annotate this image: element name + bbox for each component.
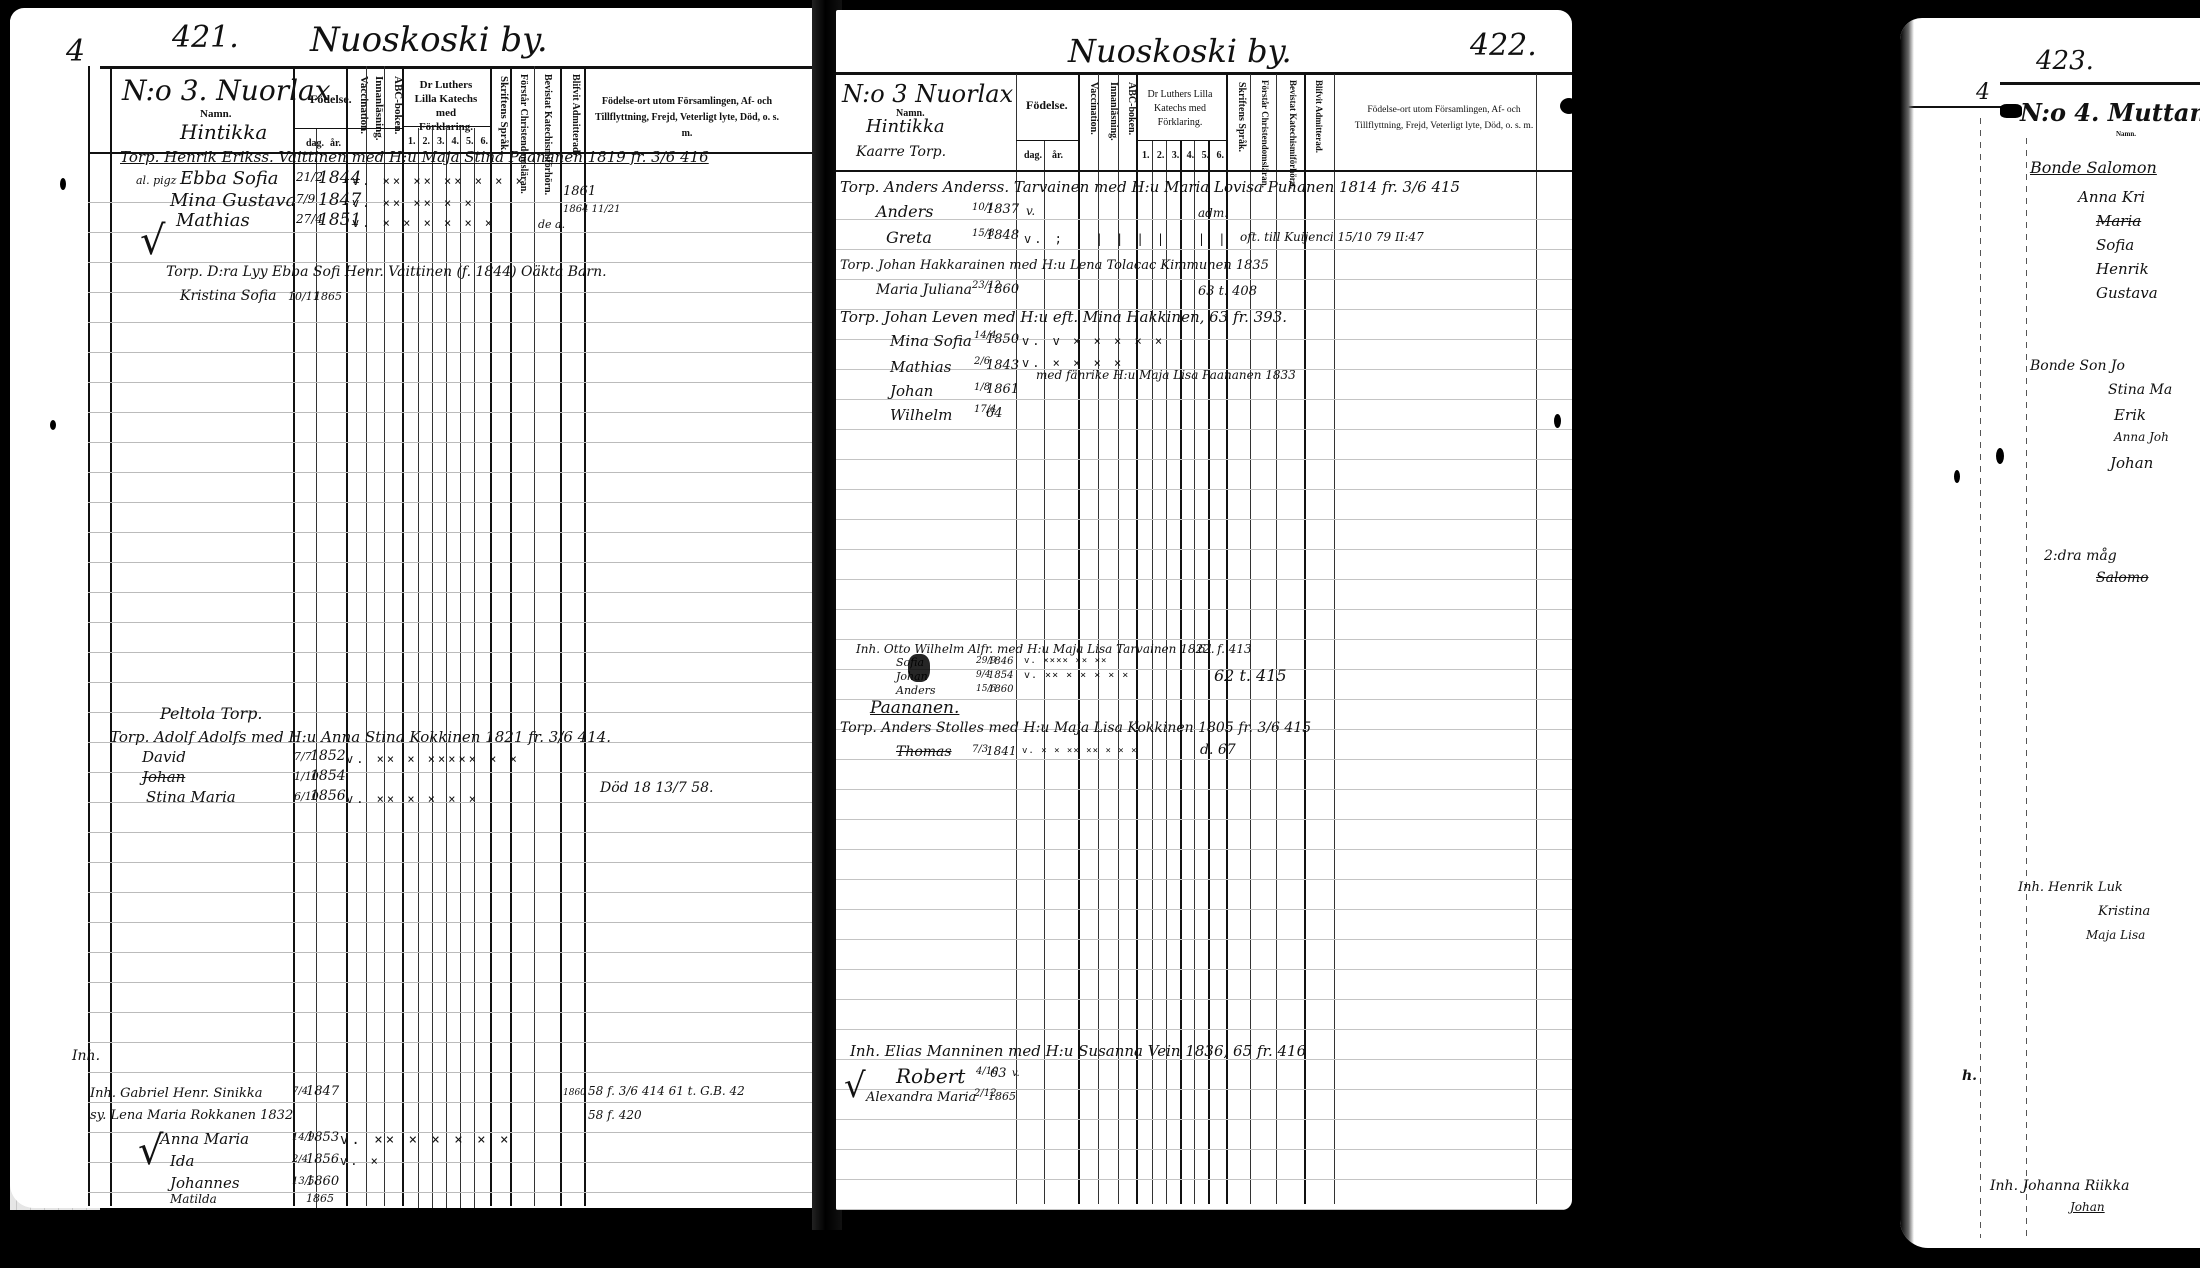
page-number: 422. — [1470, 28, 1537, 63]
entry-year: 1860 — [986, 282, 1019, 297]
entry-name: Ida — [170, 1152, 194, 1170]
entry-marks: v. ×××× ×× ×× — [1024, 656, 1107, 666]
entry-year: 1853 — [306, 1130, 339, 1145]
entry-year: 1843 — [986, 358, 1019, 373]
header-dag: dag. — [1024, 150, 1042, 161]
sub-header-rule — [402, 126, 490, 127]
header-top-rule — [2000, 82, 2200, 85]
ink-blot — [2000, 104, 2022, 118]
household-heading: N:o 4. Muttan — [2020, 98, 2200, 127]
entry-year: 1865 — [314, 290, 342, 303]
entry-year: 1865 — [988, 1090, 1016, 1103]
header-forstar: Förstår Christendomsläran. — [518, 74, 529, 154]
entry-marks: v. ; | | | | | | | | — [1024, 232, 1229, 246]
entry-marks: v. ×× × × × × — [346, 792, 479, 806]
entry-household-head: Inh. Elias Manninen med H:u Susanna Vein… — [850, 1042, 1306, 1060]
entry-name: David — [142, 748, 186, 766]
entry-name: Maria — [2096, 212, 2141, 230]
entry-marks: v. × × ×× ×× × × × — [1022, 746, 1138, 756]
household-heading: N:o 3 Nuorlax — [842, 80, 1013, 108]
luther-col-4: 4. — [452, 136, 460, 147]
ink-blot — [50, 420, 56, 430]
entry-year: 64 — [986, 406, 1003, 421]
entry-marks: v. v × × × × × — [1022, 334, 1165, 348]
entry-name: Mina Sofia — [890, 332, 972, 350]
sub-header-rule — [293, 128, 403, 129]
entry-marks: v. ×× × × × × × — [340, 1132, 511, 1148]
header-forstar: Förstår Christendomsläran. — [1260, 80, 1270, 160]
margin-page-number: 4 — [1976, 80, 1990, 105]
ink-blot — [1954, 470, 1960, 483]
entry-household-head: Torp. Henrik Erikss. Vaittinen med H:u M… — [120, 148, 709, 166]
entry-marks: v. ×× ×× × × — [352, 196, 475, 210]
entry-farm-name: Paananen. — [870, 698, 959, 718]
entry-household-head: Inh. Henrik Luk — [2018, 880, 2123, 895]
ink-blot — [60, 178, 66, 190]
household-heading: N:o 3. Nuorlax — [122, 74, 331, 107]
entry-admitted: 1864 11/21 — [563, 204, 620, 215]
entry-marks: v. — [1026, 204, 1035, 218]
entry-year: 1848 — [986, 228, 1019, 243]
entry-marks: v. ×× ×× ×× × × × — [352, 174, 526, 188]
sub-header-rule — [1016, 140, 1078, 141]
bracket-mark: √ — [140, 218, 166, 264]
entry-household-head: Torp. Johan Hakkarainen med H:u Lena Tol… — [840, 258, 1269, 273]
sub-header-rule — [1136, 140, 1226, 141]
entry-note: 58 f. 420 — [588, 1108, 642, 1122]
entry-note: 63 t. 408 — [1198, 284, 1257, 299]
entry-note: 61 f. 413 — [1198, 642, 1252, 656]
luther-col-6: 6. — [481, 136, 489, 147]
bracket-mark: √ — [844, 1066, 866, 1106]
entry-prefix: al. pigz — [136, 174, 176, 187]
entry-name: Kristina Sofia — [180, 288, 276, 304]
entry-name: Johan — [142, 768, 185, 786]
sub-heading-2: Kaarre Torp. — [856, 144, 946, 160]
luther-col-3: 3. — [437, 136, 445, 147]
entry-name: Stina Maria — [146, 788, 236, 806]
entry-household-head: Torp. Adolf Adolfs med H:u Anna Stina Ko… — [110, 728, 611, 746]
entry-marks: v. ×× × × × × × — [1024, 670, 1129, 681]
entry-name: Erik — [2114, 406, 2146, 424]
entry-year: 1854 — [988, 670, 1013, 681]
entry-name: Henrik — [2096, 260, 2149, 278]
page-422: Nuoskoski by. 422. N:o 3 Nuorlax Namn. H… — [836, 10, 1572, 1210]
entry-farm-name: Peltola Torp. — [160, 704, 262, 723]
page-number: 423. — [2036, 46, 2094, 76]
entry-name: Ebba Sofia — [180, 168, 279, 189]
entry-year: 1846 — [988, 656, 1013, 667]
header-fodelse-ort: Födelse-ort utom Församlingen, Af- och T… — [1346, 102, 1542, 134]
header-skriftens-sprak: Skriftens Språk. — [498, 76, 510, 153]
village-title: Nuoskoski by. — [1068, 32, 1292, 70]
margin-mark: h. — [1962, 1068, 1977, 1084]
entry-year: 1852 — [310, 748, 346, 764]
entry-marks: v. × × × × × × — [352, 216, 495, 230]
ink-blot — [1554, 414, 1561, 428]
entry-year: 1856 — [306, 1152, 339, 1167]
luther-col-3: 3. — [1172, 150, 1180, 161]
page-number: 421. — [172, 20, 239, 55]
entry-name: Anna Kri — [2078, 188, 2145, 206]
entry-household-head: Torp. Johan Leven med H:u eft. Mina Hakk… — [840, 308, 1287, 326]
entry-name: Matilda — [170, 1192, 217, 1206]
page-423-partial: 423. 4 N:o 4. Muttan Namn. Bonde Salomon… — [1900, 18, 2200, 1248]
header-ar: år. — [1052, 150, 1063, 161]
entry-household-head: Inh. Otto Wilhelm Alfr. med H:u Maja Lis… — [856, 642, 1215, 656]
entry-note: med fänrike H:u Maja Lisa Paananen 1833 — [1036, 368, 1296, 382]
entry-name: Anders — [876, 202, 933, 221]
page-421: 4 421. Nuoskoski by. N:o 3. Nuorlax Namn… — [10, 8, 822, 1208]
entry-name: Mathias — [890, 358, 951, 376]
entry-marks: v. ×× × ××××× × × — [346, 752, 520, 766]
entry-year: 1860 — [306, 1174, 339, 1189]
entry-note: Död 18 13/7 58. — [600, 780, 713, 796]
entry-name: Thomas — [896, 744, 952, 760]
entry-year: 63 — [990, 1066, 1007, 1081]
entry-year: 1850 — [986, 332, 1019, 347]
entry-spouse: sy. Lena Maria Rokkanen 1832 — [90, 1108, 293, 1123]
luther-col-6: 6. — [1216, 150, 1224, 161]
entry-name: Mathias — [176, 210, 250, 231]
entry-year: 1856 — [310, 788, 346, 804]
entry-household-head: Bonde Son Jo — [2030, 358, 2125, 374]
header-top-rule — [100, 66, 822, 69]
header-fodelse-ort: Födelse-ort utom Församlingen, Af- och T… — [592, 94, 782, 142]
header-bottom-rule — [836, 170, 1572, 172]
bracket-mark: √ — [138, 1128, 164, 1174]
entry-name: Kristina — [2098, 904, 2150, 919]
ruled-lines — [88, 173, 822, 1208]
entry-household-head: Inh. Gabriel Henr. Sinikka — [90, 1086, 263, 1101]
entry-name: Johan — [890, 382, 933, 400]
header-skriftens-sprak: Skriftens Språk. — [1236, 82, 1247, 152]
entry-name: Johannes — [170, 1174, 240, 1192]
luther-col-1: 1. — [1142, 150, 1150, 161]
luther-col-2: 2. — [423, 136, 431, 147]
entry-household-head: Torp. D:ra Lyy Ebba Sofi Henr. Vaittinen… — [166, 264, 607, 280]
ink-smudge — [908, 654, 930, 682]
entry-note: de a. — [538, 218, 565, 231]
header-luther-catechism: Dr Luthers Lilla Katechs med Förklaring. — [1142, 88, 1218, 130]
entry-household-head: Torp. Anders Anderss. Tarvainen med H:u … — [840, 178, 1460, 196]
namn-label: Namn. — [200, 108, 231, 120]
entry-year: 1865 — [306, 1192, 334, 1205]
entry-note: oft. till Kuijenci 15/10 79 II:47 — [1240, 230, 1424, 244]
entry-name: Greta — [886, 228, 932, 247]
entry-household-head: Inh. Johanna Riikka — [1990, 1178, 2130, 1194]
entry-note: 58 f. 3/6 414 61 t. G.B. 42 — [588, 1084, 745, 1098]
entry-name: Gustava — [2096, 284, 2158, 302]
entry-household-head: Torp. Anders Stolles med H:u Maja Lisa K… — [840, 720, 1311, 736]
header-bevistat: Bevistat Katechismiförhörn. — [542, 74, 553, 154]
entry-name: Johan — [2110, 454, 2153, 472]
header-top-rule — [836, 72, 1572, 75]
col-line — [1980, 118, 1981, 1238]
ink-blot — [1560, 98, 1572, 114]
sub-heading: Hintikka — [180, 120, 267, 144]
header-fodelse: Födelse. — [1026, 98, 1068, 113]
entry-name: Robert — [896, 1064, 965, 1088]
village-title: Nuoskoski by. — [310, 20, 548, 60]
margin-mark: Inh. — [72, 1048, 100, 1064]
entry-name: Stina Ma — [2108, 382, 2172, 398]
entry-note: 62 t. 415 — [1214, 666, 1287, 685]
entry-name: Johan — [2070, 1200, 2105, 1214]
entry-year: 1861 — [986, 382, 1019, 397]
entry-name: Anders — [896, 684, 935, 697]
entry-name: Maria Juliana — [876, 282, 972, 298]
entry-day: 7/9 — [296, 192, 315, 206]
page-edge-shadow — [1900, 18, 1914, 1248]
entry-year: 1854 — [310, 768, 346, 784]
entry-name: Salomo — [2096, 570, 2149, 586]
entry-household-head: Bonde Salomon — [2030, 158, 2157, 177]
entry-name: Wilhelm — [890, 406, 952, 424]
luther-subcolumns: 1. 2. 3. 4. 5. 6. — [408, 136, 488, 147]
header-blifvit-admitterad: Blifvit Admitterad. — [570, 74, 581, 154]
entry-name: Mina Gustava — [170, 190, 296, 211]
sub-heading: Hintikka — [866, 116, 945, 137]
entry-year: 1837 — [986, 202, 1019, 217]
entry-name: Anna Maria — [160, 1130, 249, 1148]
entry-note: d. 67 — [1200, 742, 1236, 758]
col-line — [2026, 138, 2027, 1238]
header-bevistat: Bevistat Katechismiförhörn. — [1288, 80, 1298, 160]
entry-name: Anna Joh — [2114, 430, 2169, 444]
namn-label: Namn. — [2116, 130, 2136, 138]
entry-year: 1841 — [986, 744, 1017, 758]
luther-subcolumns: 1. 2. 3. 4. 5. 6. — [1142, 150, 1224, 161]
luther-col-5: 5. — [466, 136, 474, 147]
header-vaccination: Vaccination. — [358, 76, 370, 134]
header-rule — [1900, 106, 2010, 108]
entry-year: 1860 — [988, 684, 1013, 695]
ink-blot — [1996, 448, 2004, 464]
entry-name: Maja Lisa — [2086, 928, 2145, 942]
margin-page-number: 4 — [66, 34, 85, 69]
luther-col-1: 1. — [408, 136, 416, 147]
entry-admitted: 1861 — [563, 184, 596, 199]
header-blifvit-admitterad: Blifvit Admitterad. — [1314, 80, 1324, 160]
entry-marks: v. — [1012, 1068, 1020, 1079]
luther-col-2: 2. — [1157, 150, 1165, 161]
entry-admitted: 1860 — [563, 1088, 586, 1098]
entry-name: Alexandra Maria — [866, 1090, 976, 1105]
entry-year: 1847 — [306, 1084, 339, 1099]
entry-marks: v. × — [340, 1154, 381, 1168]
entry-note: adm. — [1198, 206, 1228, 220]
entry-household-head: 2:dra måg — [2044, 548, 2117, 564]
entry-name: Sofia — [2096, 236, 2134, 254]
